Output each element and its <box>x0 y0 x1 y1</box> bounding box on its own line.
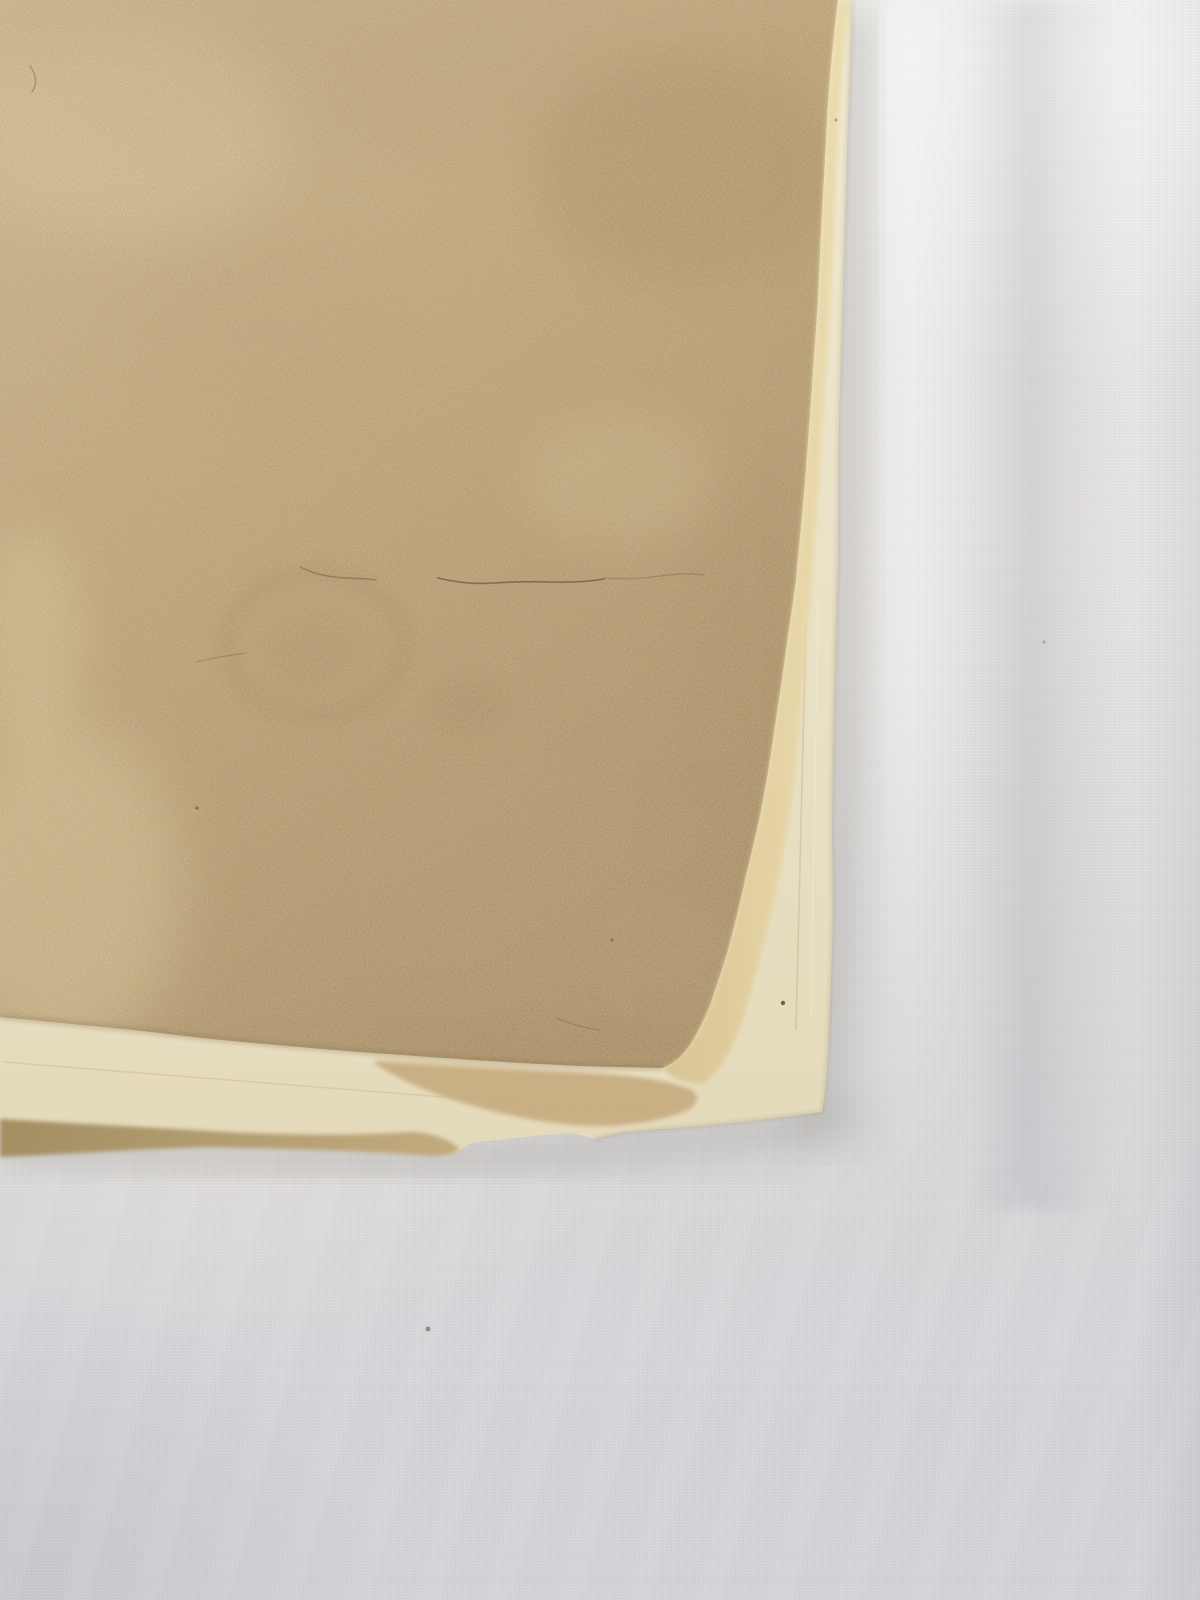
book <box>0 0 1200 1600</box>
paper-grain-texture <box>0 0 860 1080</box>
photo-scene <box>0 0 1200 1600</box>
cloth-speck <box>426 1327 431 1332</box>
cloth-speck <box>1042 640 1045 643</box>
aged-paper-cover <box>0 0 860 1080</box>
